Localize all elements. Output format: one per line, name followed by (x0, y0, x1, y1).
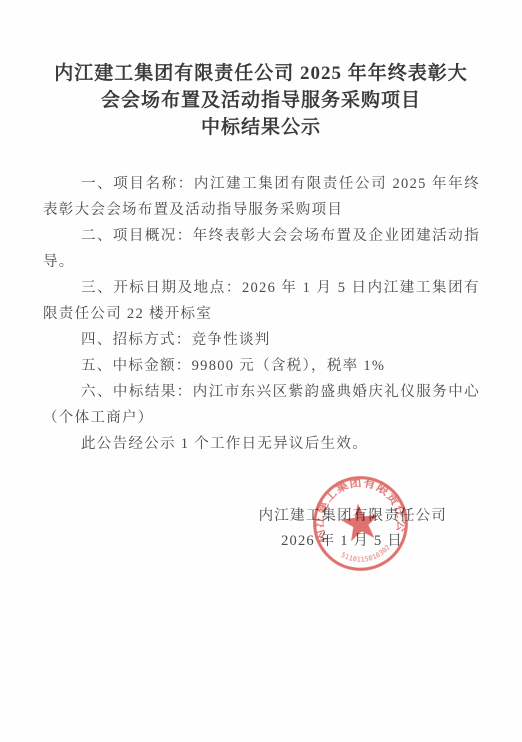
document-body: 一、项目名称：内江建工集团有限责任公司 2025 年年终表彰大会会场布置及活动指… (43, 171, 480, 457)
paragraph-tender-method: 四、招标方式：竞争性谈判 (43, 327, 480, 353)
title-line: 会会场布置及活动指导服务采购项目 (40, 87, 482, 114)
seal-star-icon (339, 501, 382, 542)
paragraph-bid-amount: 五、中标金额：99800 元（含税），税率 1% (43, 353, 480, 379)
paragraph-bid-result: 六、中标结果：内江市东兴区紫韵盛典婚庆礼仪服务中心（个体工商户） (43, 379, 480, 431)
title-line: 内江建工集团有限责任公司 2025 年年终表彰大 (40, 60, 482, 87)
paragraph-project-name: 一、项目名称：内江建工集团有限责任公司 2025 年年终表彰大会会场布置及活动指… (43, 171, 480, 223)
paragraph-effective-note: 此公告经公示 1 个工作日无异议后生效。 (43, 431, 480, 457)
document-title: 内江建工集团有限责任公司 2025 年年终表彰大 会会场布置及活动指导服务采购项… (40, 60, 482, 141)
paragraph-bid-opening: 三、开标日期及地点：2026 年 1 月 5 日内江建工集团有限责任公司 22 … (43, 275, 480, 327)
document-page: 内江建工集团有限责任公司 2025 年年终表彰大 会会场布置及活动指导服务采购项… (0, 0, 522, 742)
signature-company: 内江建工集团有限责任公司 (43, 504, 480, 529)
company-seal-stamp: 内江建工集团有限责任公司 5110115010302 (301, 464, 420, 583)
paragraph-project-overview: 二、项目概况：年终表彰大会会场布置及企业团建活动指导。 (43, 223, 480, 275)
title-line: 中标结果公示 (40, 114, 482, 141)
